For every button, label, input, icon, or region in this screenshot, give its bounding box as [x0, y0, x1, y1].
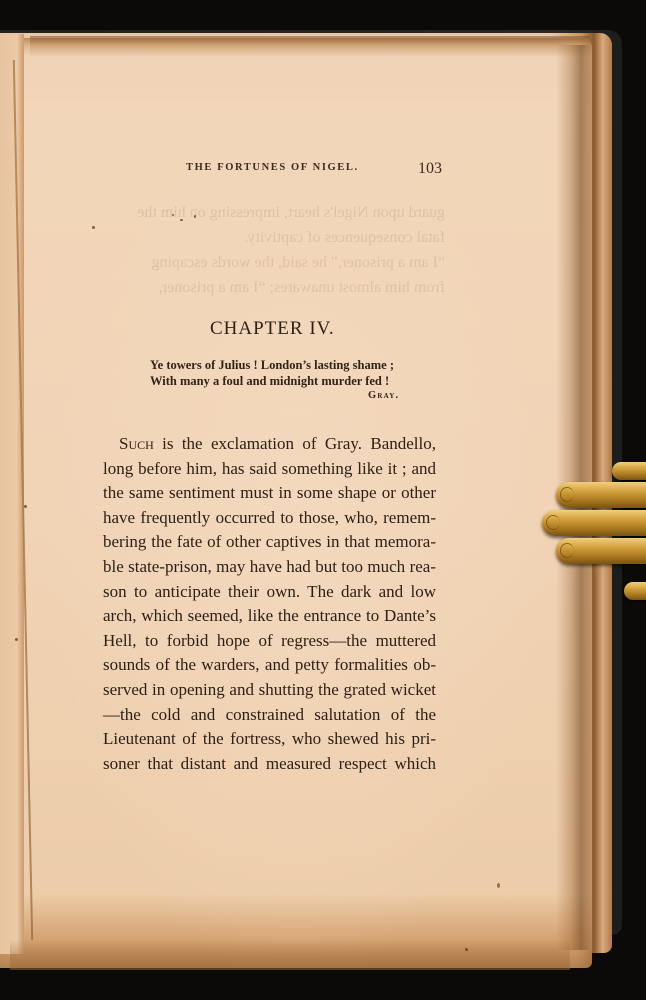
body-line: arch, which seemed, like the entrance to…: [103, 604, 436, 629]
clip-finger: [624, 582, 646, 600]
foxing-spot: [497, 883, 500, 888]
page-number: 103: [418, 160, 442, 178]
body-line: soner that distant and measured respect …: [103, 752, 436, 777]
body-line: Such is the exclamation of Gray. Bandell…: [103, 432, 436, 457]
fingernail: [560, 487, 574, 502]
foxing-spot: [24, 505, 27, 508]
body-line: son to anticipate their own. The dark an…: [103, 580, 436, 605]
epigraph-line: With many a foul and midnight murder fed…: [150, 373, 394, 389]
clip-finger: [542, 510, 646, 536]
facing-page-sliver: [0, 34, 24, 954]
body-line: the same sentiment must in some shape or…: [103, 481, 436, 506]
chapter-title: CHAPTER IV.: [210, 318, 335, 340]
foxing-spot: [465, 948, 468, 951]
opening-word: Such: [119, 434, 154, 453]
body-line: have frequently occurred to those, who, …: [103, 506, 436, 531]
body-line: served in opening and shutting the grate…: [103, 678, 436, 703]
epigraph-attribution: Gray.: [368, 390, 399, 401]
fingernail: [546, 515, 560, 530]
fingernail: [560, 543, 574, 558]
body-line: long before him, has said something like…: [103, 457, 436, 482]
show-through-text: guard upon Nigel's heart, impressing on …: [115, 200, 445, 300]
body-line: ble state-prison, may have had but too m…: [103, 555, 436, 580]
gold-hand-page-clip: [540, 458, 646, 606]
top-edge-stain: [30, 36, 590, 58]
body-line: Hell, to forbid hope of regress—the mutt…: [103, 629, 436, 654]
foxing-spot: [172, 214, 174, 216]
body-line: sounds of the warders, and petty formali…: [103, 653, 436, 678]
photo-scene: guard upon Nigel's heart, impressing on …: [0, 0, 646, 1000]
epigraph: Ye towers of Julius ! London’s lasting s…: [150, 357, 394, 389]
body-line: Lieutenant of the fortress, who shewed h…: [103, 727, 436, 752]
epigraph-line: Ye towers of Julius ! London’s lasting s…: [150, 357, 394, 373]
foxing-spot: [15, 638, 18, 641]
foxing-spot: [180, 219, 183, 221]
body-line: bering the fate of other captives in tha…: [103, 530, 436, 555]
clip-finger: [556, 538, 646, 564]
clip-finger: [556, 482, 646, 508]
clip-finger: [612, 462, 646, 480]
foxing-spot: [92, 226, 95, 229]
body-line: —the cold and constrained salutation of …: [103, 703, 436, 728]
bottom-edge-stain: [10, 940, 570, 970]
body-text: Such is the exclamation of Gray. Bandell…: [103, 432, 436, 776]
foxing-spot: [194, 215, 196, 218]
running-head: THE FORTUNES OF NIGEL.: [186, 162, 359, 173]
